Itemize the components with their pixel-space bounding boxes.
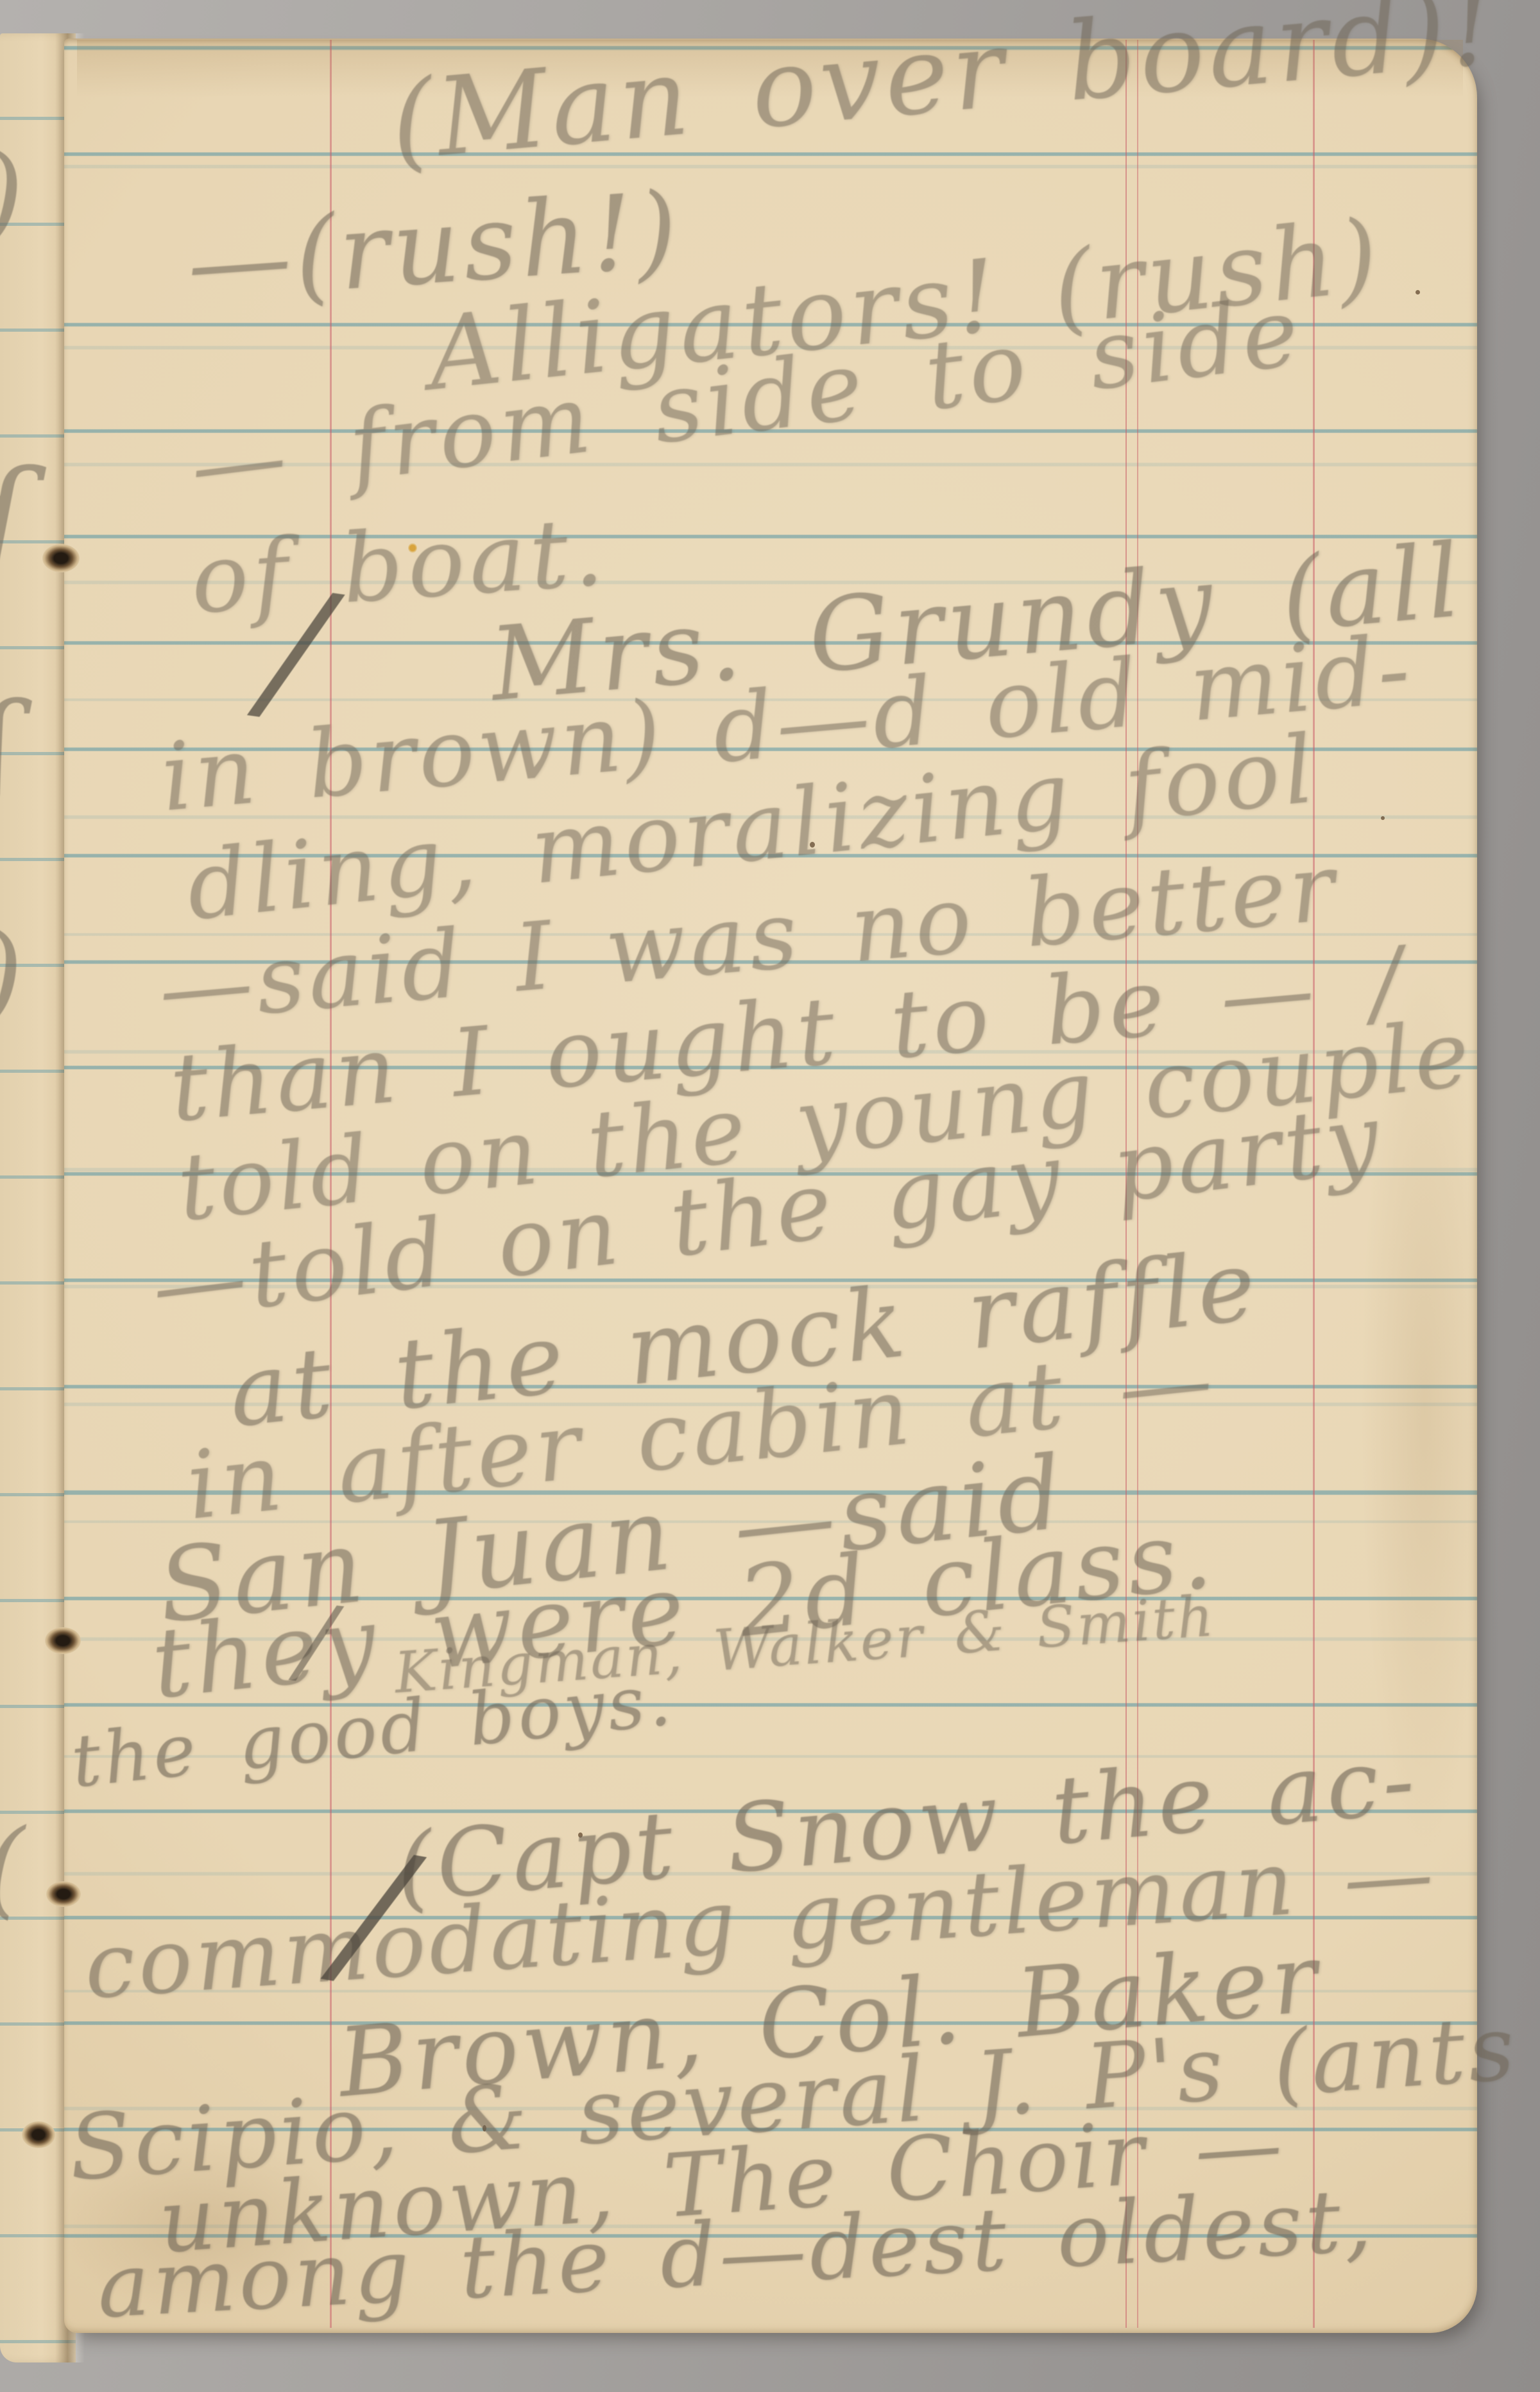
edge-writing-fragment: ſ: [0, 443, 27, 595]
stitch-hole: [42, 544, 80, 572]
edge-writing-fragment: ʃ: [0, 677, 14, 816]
edge-writing-fragment: (: [0, 1806, 24, 1929]
paper-speck: [1381, 816, 1385, 820]
edge-writing-fragment: ): [0, 911, 23, 1041]
edge-writing-fragment: ): [0, 132, 24, 261]
scanned-notebook-page: ) ſ ʃ ) ( (Man over board)! —(rush!) All…: [0, 0, 1540, 2392]
stitch-hole: [45, 1627, 81, 1654]
stitch-hole: [46, 1881, 81, 1907]
paper-speck: [1416, 290, 1420, 295]
stitch-hole: [22, 2121, 55, 2148]
